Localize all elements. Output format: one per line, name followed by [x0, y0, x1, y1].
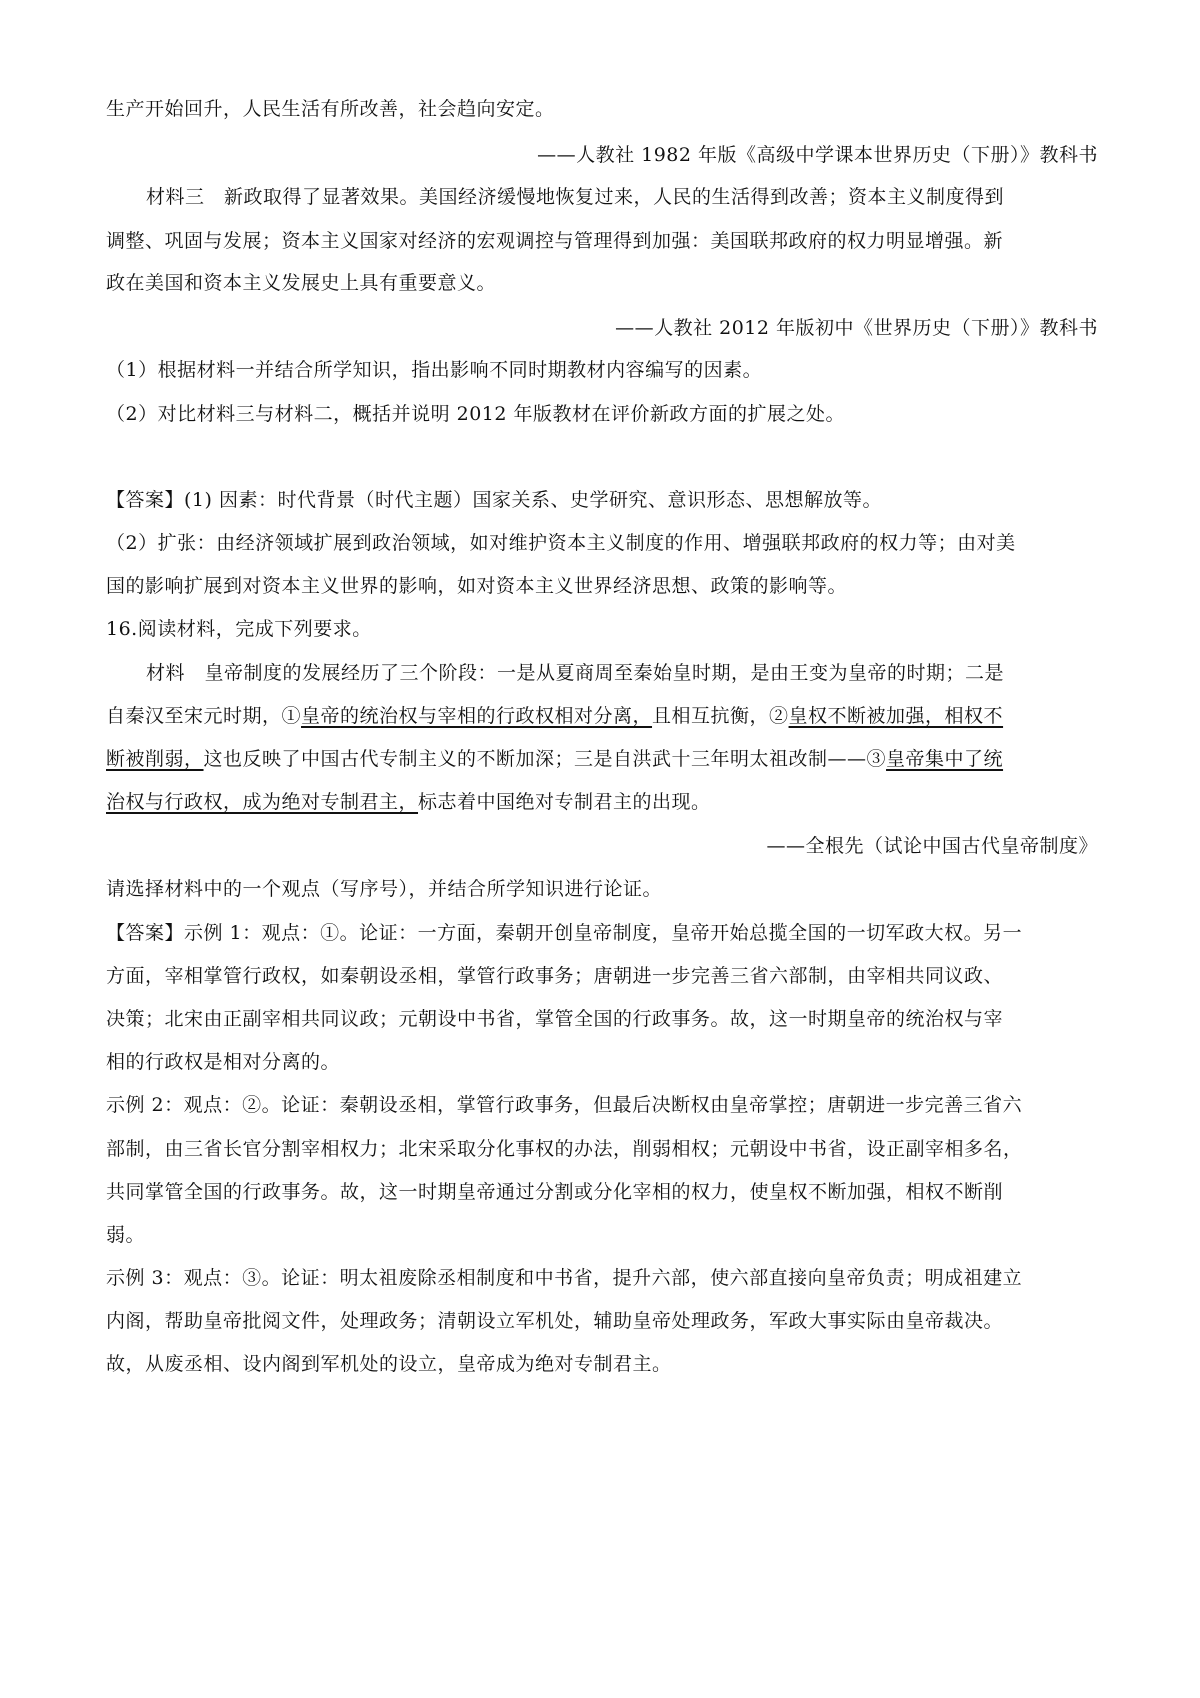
q16-material: 材料 皇帝制度的发展经历了三个阶段：一是从夏商周至秦始皇时期，是由王变为皇帝的时… [106, 661, 1004, 685]
q16-material-line-2: 自秦汉至宋元时期，①皇帝的统治权与宰相的行政权相对分离，且相互抗衡，②皇权不断被… [106, 704, 1003, 728]
example-3-line-2: 内阁，帮助皇帝批阅文件，处理政务；清朝设立军机处，辅助皇帝处理政务，军政大事实际… [106, 1309, 1003, 1333]
source-citation-1982: ——人教社 1982 年版《高级中学课本世界历史（下册）》教科书 [537, 143, 1098, 167]
answer-2: （2）扩张：由经济领域扩展到政治领域，如对维护资本主义制度的作用、增强联邦政府的… [106, 531, 1016, 555]
material-three: 材料三 新政取得了显著效果。美国经济缓慢地恢复过来，人民的生活得到改善；资本主义… [106, 185, 1004, 209]
viewpoint-3: 皇帝集中了统 [886, 748, 1003, 770]
material-two-end: 生产开始回升，人民生活有所改善，社会趋向安定。 [106, 97, 555, 121]
question-16-title: 16.阅读材料，完成下列要求。 [106, 617, 372, 641]
example-2-line-3: 共同掌管全国的行政事务。故，这一时期皇帝通过分割或分化宰相的权力，使皇权不断加强… [106, 1180, 1003, 1204]
example-3-line-3: 故，从废丞相、设内阁到军机处的设立，皇帝成为绝对专制君主。 [106, 1352, 672, 1376]
q16-material-line-4: 治权与行政权，成为绝对专制君主，标志着中国绝对专制君主的出现。 [106, 790, 711, 814]
material-three-line-3: 政在美国和资本主义发展史上具有重要意义。 [106, 271, 496, 295]
example-1-line-4: 相的行政权是相对分离的。 [106, 1050, 340, 1074]
example-2-line-4: 弱。 [106, 1223, 145, 1247]
viewpoint-3-cont: 治权与行政权，成为绝对专制君主， [106, 791, 418, 813]
example-3: 示例 3：观点：③。论证：明太祖废除丞相制度和中书省，提升六部，使六部直接向皇帝… [106, 1266, 1022, 1290]
viewpoint-2: 皇权不断被加强，相权不 [789, 705, 1004, 727]
example-1-line-3: 决策；北宋由正副宰相共同议政；元朝设中书省，掌管全国的行政事务。故，这一时期皇帝… [106, 1007, 1003, 1031]
answer-1: 【答案】(1) 因素：时代背景（时代主题）国家关系、史学研究、意识形态、思想解放… [106, 488, 882, 512]
material-three-line-2: 调整、巩固与发展；资本主义国家对经济的宏观调控与管理得到加强：美国联邦政府的权力… [106, 229, 1003, 253]
q16-material-line-3: 断被削弱，这也反映了中国古代专制主义的不断加深；三是自洪武十三年明太祖改制——③… [106, 747, 1003, 771]
example-2: 示例 2：观点：②。论证：秦朝设丞相，掌管行政事务，但最后决断权由皇帝掌控；唐朝… [106, 1093, 1022, 1117]
question-2: （2）对比材料三与材料二，概括并说明 2012 年版教材在评价新政方面的扩展之处… [106, 402, 845, 426]
example-1-line-2: 方面，宰相掌管行政权，如秦朝设丞相，掌管行政事务；唐朝进一步完善三省六部制，由宰… [106, 964, 1003, 988]
viewpoint-1: 皇帝的统治权与宰相的行政权相对分离， [301, 705, 652, 727]
source-citation-2012: ——人教社 2012 年版初中《世界历史（下册）》教科书 [615, 316, 1098, 340]
q16-answer-example-1: 【答案】示例 1：观点：①。论证：一方面，秦朝开创皇帝制度，皇帝开始总揽全国的一… [106, 921, 1022, 945]
example-2-line-2: 部制，由三省长官分割宰相权力；北宋采取分化事权的办法，削弱相权；元朝设中书省，设… [106, 1137, 1023, 1161]
answer-2-line-2: 国的影响扩展到对资本主义世界的影响，如对资本主义世界经济思想、政策的影响等。 [106, 574, 847, 598]
question-1: （1）根据材料一并结合所学知识，指出影响不同时期教材内容编写的因素。 [106, 358, 762, 382]
source-citation-quan: ——全根先（试论中国古代皇帝制度》 [766, 834, 1098, 858]
viewpoint-2-cont: 断被削弱， [106, 748, 204, 770]
q16-prompt: 请选择材料中的一个观点（写序号），并结合所学知识进行论证。 [106, 877, 662, 901]
